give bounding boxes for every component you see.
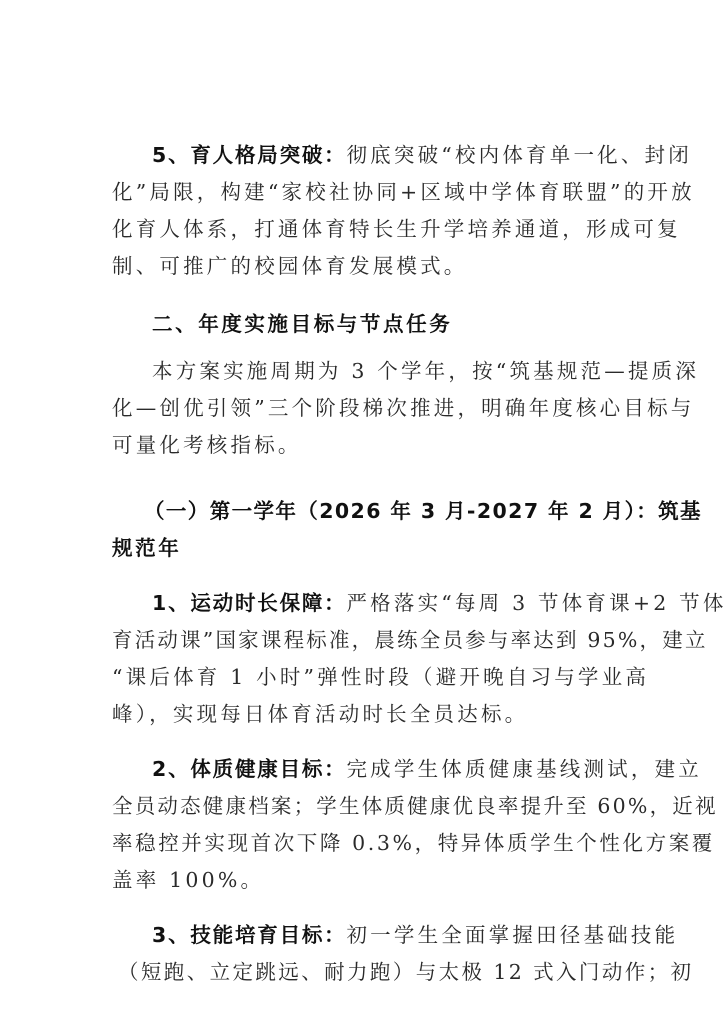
item-3-text: 初一学生全面掌握田径基础技能 — [346, 923, 678, 947]
item-1-line-3: “课后体育 1 小时”弹性时段（避开晚自习与学业高 — [112, 665, 649, 689]
item-1-text: 严格落实“每周 3 节体育课+2 节体 — [346, 591, 724, 615]
heading-section-2: 二、年度实施目标与节点任务 — [152, 312, 452, 336]
section-5-line-4: 制、可推广的校园体育发展模式。 — [112, 254, 468, 278]
item-3-line-1: 3、技能培育目标：初一学生全面掌握田径基础技能 — [152, 923, 678, 947]
section-5-line-2: 化”局限，构建“家校社协同+区域中学体育联盟”的开放 — [112, 180, 695, 204]
subheading-year-1-cont: 规范年 — [112, 536, 181, 560]
item-2-line-1: 2、体质健康目标：完成学生体质健康基线测试，建立 — [152, 757, 702, 781]
item-3-lead: 3、技能培育目标： — [152, 923, 346, 947]
item-1-line-2: 育活动课”国家课程标准，晨练全员参与率达到 95%，建立 — [112, 628, 708, 652]
item-2-line-4: 盖率 100%。 — [112, 868, 264, 892]
section-5-text: 彻底突破“校内体育单一化、封闭 — [346, 143, 691, 167]
intro-line-1: 本方案实施周期为 3 个学年，按“筑基规范—提质深 — [152, 359, 699, 383]
intro-line-2: 化—创优引领”三个阶段梯次推进，明确年度核心目标与 — [112, 396, 694, 420]
item-2-line-3: 率稳控并实现首次下降 0.3%，特异体质学生个性化方案覆 — [112, 831, 715, 855]
section-5-lead: 5、育人格局突破： — [152, 143, 346, 167]
document-page: 5、育人格局突破：彻底突破“校内体育单一化、封闭 化”局限，构建“家校社协同+区… — [0, 0, 724, 1024]
section-5-line-1: 5、育人格局突破：彻底突破“校内体育单一化、封闭 — [152, 143, 692, 167]
item-3-line-2: （短跑、立定跳远、耐力跑）与太极 12 式入门动作；初 — [118, 960, 693, 984]
section-5-line-3: 化育人体系，打通体育特长生升学培养通道，形成可复 — [112, 217, 681, 241]
item-2-line-2: 全员动态健康档案；学生体质健康优良率提升至 60%，近视 — [112, 794, 718, 818]
item-2-lead: 2、体质健康目标： — [152, 757, 346, 781]
item-1-line-4: 峰），实现每日体育活动时长全员达标。 — [112, 702, 528, 726]
item-1-lead: 1、运动时长保障： — [152, 591, 346, 615]
subheading-year-1: （一）第一学年（2026 年 3 月-2027 年 2 月）：筑基 — [144, 499, 702, 523]
item-1-line-1: 1、运动时长保障：严格落实“每周 3 节体育课+2 节体 — [152, 591, 724, 615]
intro-line-3: 可量化考核指标。 — [112, 433, 302, 457]
item-2-text: 完成学生体质健康基线测试，建立 — [346, 757, 702, 781]
